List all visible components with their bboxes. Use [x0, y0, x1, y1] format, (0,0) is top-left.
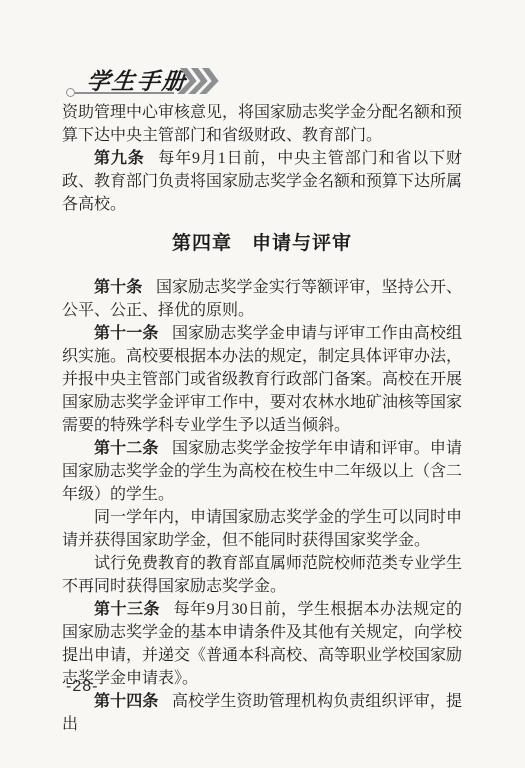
- triple-chevron-icon: [177, 68, 219, 99]
- article-number: 第九条: [94, 150, 145, 167]
- chapter-heading: 第四章 申请与评审: [62, 232, 462, 255]
- article-number: 第十一条: [94, 325, 158, 342]
- paragraph: 第九条每年9月1日前，中央主管部门和省以下财政、教育部门负责将国家励志奖学金名额…: [62, 147, 462, 216]
- paragraph: 第十三条每年9月30日前，学生根据本办法规定的国家励志奖学金的基本申请条件及其他…: [62, 598, 462, 690]
- article-number: 第十条: [94, 279, 142, 296]
- paragraph-text: 试行免费教育的教育部直属师范院校师范类专业学生不再同时获得国家励志奖学金。: [62, 555, 462, 595]
- paragraph: 第十二条国家励志奖学金按学年申请和评审。申请国家励志奖学金的学生为高校在校生中二…: [62, 437, 462, 506]
- page-header: 学生手册: [62, 66, 462, 104]
- paragraph-text: 同一学年内，申请国家励志奖学金的学生可以同时申请并获得国家助学金，但不能同时获得…: [62, 509, 462, 549]
- article-number: 第十二条: [94, 440, 158, 457]
- paragraph: 试行免费教育的教育部直属师范院校师范类专业学生不再同时获得国家励志奖学金。: [62, 552, 462, 598]
- paragraph-text: 资助管理中心审核意见，将国家励志奖学金分配名额和预算下达中央主管部门和省级财政、…: [62, 104, 462, 144]
- page-number: -28-: [66, 678, 98, 696]
- article-number: 第十三条: [94, 601, 160, 618]
- paragraph: 同一学年内，申请国家励志奖学金的学生可以同时申请并获得国家助学金，但不能同时获得…: [62, 506, 462, 552]
- article-number: 第十四条: [94, 693, 158, 710]
- paragraph: 资助管理中心审核意见，将国家励志奖学金分配名额和预算下达中央主管部门和省级财政、…: [62, 101, 462, 147]
- handbook-title: 学生手册: [85, 63, 188, 96]
- ring-icon: [66, 88, 75, 97]
- paragraph: 第十一条国家励志奖学金申请与评审工作由高校组织实施。高校要根据本办法的规定，制定…: [62, 322, 462, 437]
- book-page: 学生手册 资助管理中心审核意见，将国家励志奖学金分配名额和预算下达中央主管部门和…: [0, 0, 525, 768]
- paragraph: 第十四条高校学生资助管理机构负责组织评审，提出: [62, 690, 462, 736]
- page-content: 资助管理中心审核意见，将国家励志奖学金分配名额和预算下达中央主管部门和省级财政、…: [62, 101, 462, 736]
- paragraph: 第十条国家励志奖学金实行等额评审，坚持公开、公平、公正、择优的原则。: [62, 276, 462, 322]
